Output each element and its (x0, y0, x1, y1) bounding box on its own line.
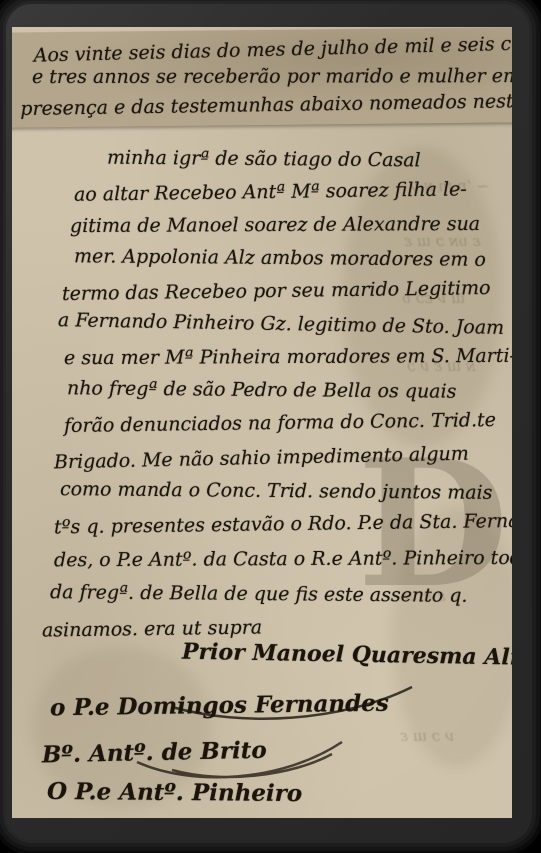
body-line: nho fregª de são Pedro de Bella os quais (67, 377, 457, 402)
body-line: como manda o Conc. Trid. sendo juntos ma… (60, 478, 493, 504)
body-line: gitima de Manoel soarez de Alexandre sua (70, 213, 480, 237)
body-line: e sua mer Mª Pinheira moradores em S. Ma… (64, 345, 512, 369)
body-line: minha igrª de são tiago do Casal (107, 147, 421, 172)
body-line: da fregª. de Bella de que fis este assen… (50, 581, 468, 607)
header-paper-strip: Aos vinte seis dias do mes de julho de m… (12, 27, 512, 127)
header-line: e tres annos se receberão por marido e m… (32, 65, 512, 88)
header-line: presença e das testemunhas abaixo nomead… (20, 89, 512, 120)
manuscript-page: ~ ʼn m ͏ɴ ν ɛ ʋɴ ͻ ɯ ɛ ɯ ν ɛͻ ʋ ɴ ɯ ɛ ν … (12, 27, 512, 818)
signature-flourish (162, 667, 422, 727)
signature-flourish (132, 732, 352, 782)
signature-witness-3: O P.e Antº. Pinheiro (47, 778, 302, 807)
scanned-document-photo: ~ ʼn m ͏ɴ ν ɛ ʋɴ ͻ ɯ ɛ ɯ ν ɛͻ ʋ ɴ ɯ ɛ ν … (0, 0, 541, 853)
body-line: asinamos. era ut supra (42, 616, 262, 641)
body-line: mer. Appolonia Alz ambos moradores em o (74, 245, 486, 271)
body-line: des, o P.e Antº. da Casta o R.e Antº. Pi… (54, 547, 512, 572)
header-line: Aos vinte seis dias do mes de julho de m… (34, 30, 512, 67)
verso-bleed-through: ν ͻ ɯ ɛ (400, 727, 454, 745)
